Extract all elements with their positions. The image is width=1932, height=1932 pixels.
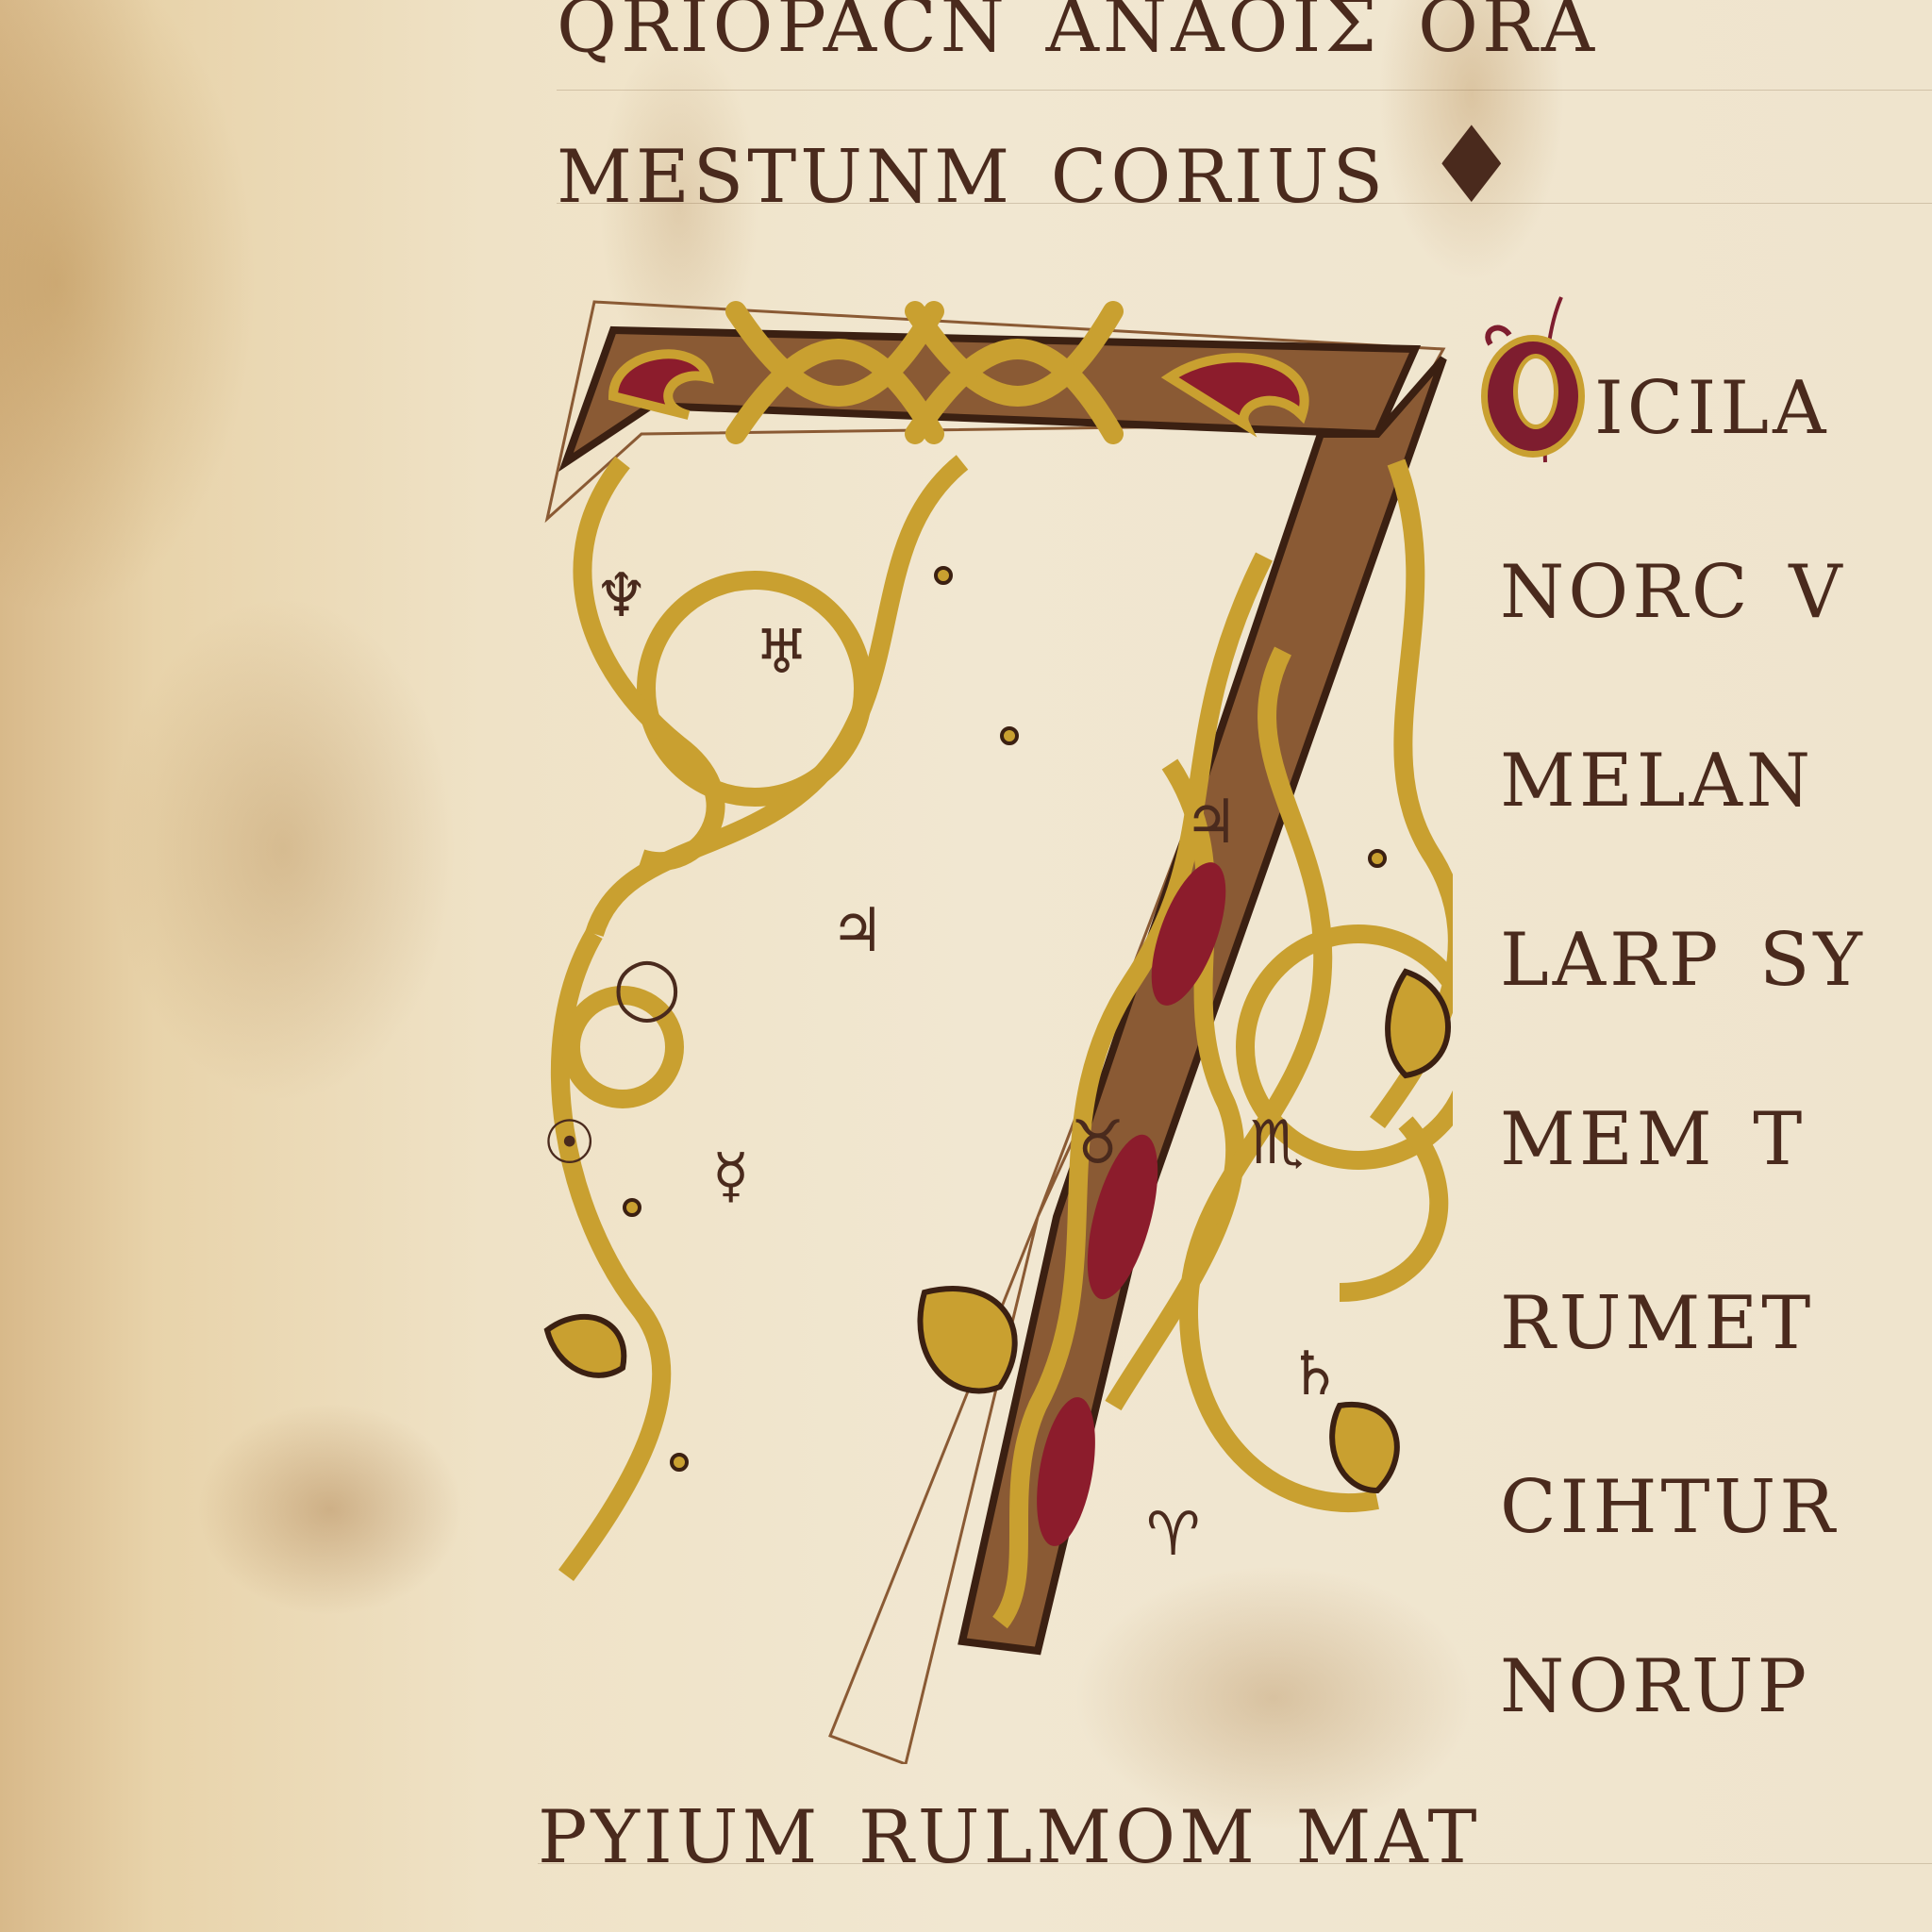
ouroboros-icon: ◯ bbox=[613, 958, 681, 1018]
right-column-line-3: melan bbox=[1500, 717, 1814, 823]
sun-symbol-icon: ☉ bbox=[542, 1113, 596, 1174]
scorpio-symbol-icon: ♏ bbox=[1250, 1113, 1304, 1174]
right-column-line-7: cihtur bbox=[1500, 1443, 1839, 1549]
right-column-line-6: rumet bbox=[1500, 1259, 1814, 1365]
jupiter-alt-symbol-icon: ♃ bbox=[1184, 792, 1238, 853]
right-column-line-4: larp sy bbox=[1500, 896, 1866, 1002]
text-line-bottom: pyium rulmom mat bbox=[538, 1774, 1481, 1879]
text-line-2: mestunm corius ♦ bbox=[557, 113, 1523, 219]
right-column-line-5: mem t bbox=[1500, 1075, 1806, 1181]
ruling-line bbox=[557, 90, 1932, 91]
right-column-line-8: norup bbox=[1500, 1623, 1810, 1728]
jupiter-symbol-icon: ♃ bbox=[830, 901, 884, 961]
right-column-line-1: icila bbox=[1594, 344, 1829, 450]
taurus-symbol-icon: ♉ bbox=[1071, 1113, 1124, 1174]
dropcap-o-icon bbox=[1472, 292, 1594, 472]
saturn-symbol-icon: ♄ bbox=[1288, 1344, 1341, 1405]
uranus-symbol-icon: ♅ bbox=[755, 623, 808, 683]
mercury-symbol-icon: ☿ bbox=[712, 1146, 749, 1207]
text-line-1: qriopacn anaoiʃ ora bbox=[557, 0, 1598, 68]
neptune-symbol-icon: ♆ bbox=[594, 566, 648, 626]
right-column-line-2: norc v bbox=[1500, 528, 1846, 634]
aries-symbol-icon: ♈ bbox=[1146, 1505, 1200, 1565]
